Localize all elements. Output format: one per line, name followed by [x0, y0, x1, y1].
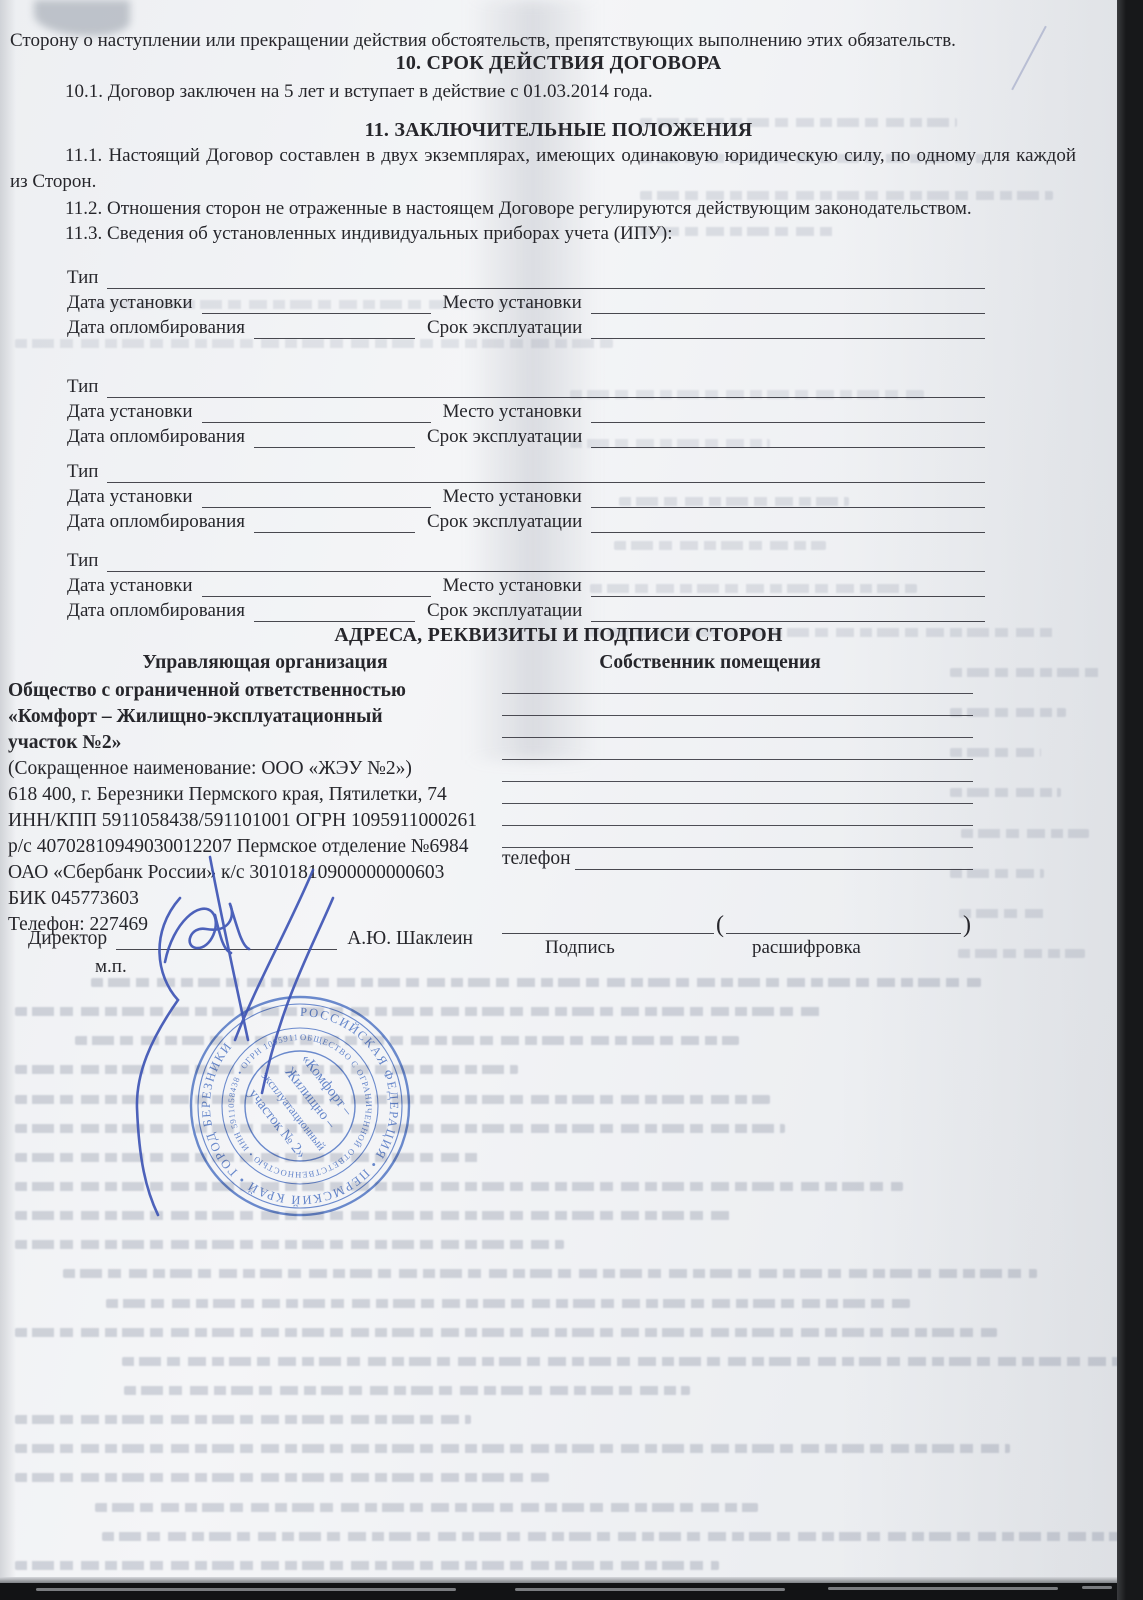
- install-place-label: Место установки: [431, 575, 591, 597]
- requisites-title: АДРЕСА, РЕКВИЗИТЫ И ПОДПИСИ СТОРОН: [0, 624, 1117, 647]
- intro-clause: Сторону о наступлении или прекращении де…: [10, 28, 1010, 53]
- phone-label: телефон: [502, 848, 575, 870]
- meter-type-row: Тип: [67, 264, 985, 289]
- section-11-title: 11. ЗАКЛЮЧИТЕЛЬНЫЕ ПОЛОЖЕНИЯ: [0, 119, 1117, 142]
- decipher-caption: расшифровка: [752, 937, 861, 959]
- owner-decipher-line: [726, 913, 961, 934]
- org-detail-line: 618 400, г. Березники Пермского края, Пя…: [8, 782, 508, 808]
- seal-date-label: Дата опломбирования: [67, 426, 254, 448]
- meter-install-row: Дата установкиМесто установки: [67, 572, 985, 597]
- scanner-background-bottom: [0, 1583, 1117, 1600]
- type-label: Тип: [67, 461, 107, 483]
- blank-line: [502, 825, 973, 826]
- blank-line: [254, 318, 415, 339]
- install-date-label: Дата установки: [67, 486, 202, 508]
- meter-seal-row: Дата опломбированияСрок эксплуатации: [67, 508, 985, 533]
- org-name-line: Общество с ограниченной ответственностью: [8, 678, 508, 704]
- meter-type-row: Тип: [67, 547, 985, 572]
- service-life-label: Срок эксплуатации: [415, 511, 591, 533]
- blank-line: [502, 715, 973, 716]
- service-life-label: Срок эксплуатации: [415, 600, 591, 622]
- type-label: Тип: [67, 267, 107, 289]
- phone-blank-line: [575, 849, 973, 870]
- blank-line: [107, 551, 985, 572]
- scanner-background-right: [1117, 0, 1143, 1600]
- meter-block-1: Тип Дата установкиМесто установки Дата о…: [67, 264, 985, 339]
- blank-line: [591, 402, 985, 423]
- meter-type-row: Тип: [67, 373, 985, 398]
- blank-line: [591, 427, 985, 448]
- blank-line: [202, 487, 431, 508]
- manager-column-header: Управляющая организация: [70, 652, 460, 674]
- seal-date-label: Дата опломбирования: [67, 511, 254, 533]
- service-life-label: Срок эксплуатации: [415, 317, 591, 339]
- blank-line: [591, 487, 985, 508]
- type-label: Тип: [67, 376, 107, 398]
- section-10-title: 10. СРОК ДЕЙСТВИЯ ДОГОВОРА: [0, 52, 1117, 75]
- blank-line: [591, 318, 985, 339]
- meter-type-row: Тип: [67, 458, 985, 483]
- install-date-label: Дата установки: [67, 575, 202, 597]
- meter-install-row: Дата установкиМесто установки: [67, 483, 985, 508]
- clause-11-3: 11.3. Сведения об установленных индивиду…: [10, 221, 1076, 246]
- meter-install-row: Дата установкиМесто установки: [67, 398, 985, 423]
- owner-column-header: Собственник помещения: [510, 652, 910, 674]
- open-paren: (: [714, 916, 726, 934]
- service-life-label: Срок эксплуатации: [415, 426, 591, 448]
- scanned-contract-page: Сторону о наступлении или прекращении де…: [0, 0, 1143, 1600]
- blank-line: [202, 402, 431, 423]
- org-detail-line: ИНН/КПП 5911058438/591101001 ОГРН 109591…: [8, 808, 508, 834]
- install-date-label: Дата установки: [67, 292, 202, 314]
- signature-caption: Подпись: [545, 937, 615, 959]
- blank-line: [202, 576, 431, 597]
- blank-line: [202, 293, 431, 314]
- meter-block-2: Тип Дата установкиМесто установки Дата о…: [67, 373, 985, 448]
- owner-signature-row: ( ): [502, 908, 973, 934]
- blank-line: [502, 759, 973, 760]
- meter-seal-row: Дата опломбированияСрок эксплуатации: [67, 314, 985, 339]
- blank-line: [591, 601, 985, 622]
- org-name-line: «Комфорт – Жилищно-эксплуатационный: [8, 704, 508, 730]
- clause-11-2: 11.2. Отношения сторон не отраженные в н…: [10, 196, 1076, 221]
- blank-line: [591, 576, 985, 597]
- blank-line: [254, 601, 415, 622]
- meter-install-row: Дата установкиМесто установки: [67, 289, 985, 314]
- scan-edge-glint: [828, 1587, 1058, 1590]
- org-detail-line: (Сокращенное наименование: ООО «ЖЭУ №2»): [8, 756, 508, 782]
- clause-11-1: 11.1. Настоящий Договор составлен в двух…: [10, 143, 1076, 195]
- blank-line: [591, 293, 985, 314]
- blank-line: [502, 737, 973, 738]
- seal-date-label: Дата опломбирования: [67, 600, 254, 622]
- scan-edge-glint: [515, 1588, 785, 1591]
- install-place-label: Место установки: [431, 486, 591, 508]
- blank-line: [502, 693, 973, 694]
- scan-edge-glint: [36, 1588, 456, 1591]
- org-name-line: участок №2»: [8, 730, 508, 756]
- owner-signature-line: [502, 913, 714, 934]
- blank-line: [502, 803, 973, 804]
- type-label: Тип: [67, 550, 107, 572]
- blank-line: [107, 268, 985, 289]
- director-handwritten-signature: [80, 840, 400, 1300]
- scan-edge-glint: [1082, 1586, 1112, 1589]
- meter-seal-row: Дата опломбированияСрок эксплуатации: [67, 423, 985, 448]
- clause-10-1: 10.1. Договор заключен на 5 лет и вступа…: [10, 79, 1076, 104]
- install-date-label: Дата установки: [67, 401, 202, 423]
- meter-block-3: Тип Дата установкиМесто установки Дата о…: [67, 458, 985, 533]
- meter-block-4: Тип Дата установкиМесто установки Дата о…: [67, 547, 985, 622]
- blank-line: [254, 427, 415, 448]
- blank-line: [591, 512, 985, 533]
- install-place-label: Место установки: [431, 292, 591, 314]
- blank-line: [502, 781, 973, 782]
- meter-seal-row: Дата опломбированияСрок эксплуатации: [67, 597, 985, 622]
- owner-phone-row: телефон: [502, 848, 973, 870]
- close-paren: ): [961, 916, 973, 934]
- blank-line: [107, 377, 985, 398]
- blank-line: [107, 462, 985, 483]
- seal-date-label: Дата опломбирования: [67, 317, 254, 339]
- install-place-label: Место установки: [431, 401, 591, 423]
- blank-line: [254, 512, 415, 533]
